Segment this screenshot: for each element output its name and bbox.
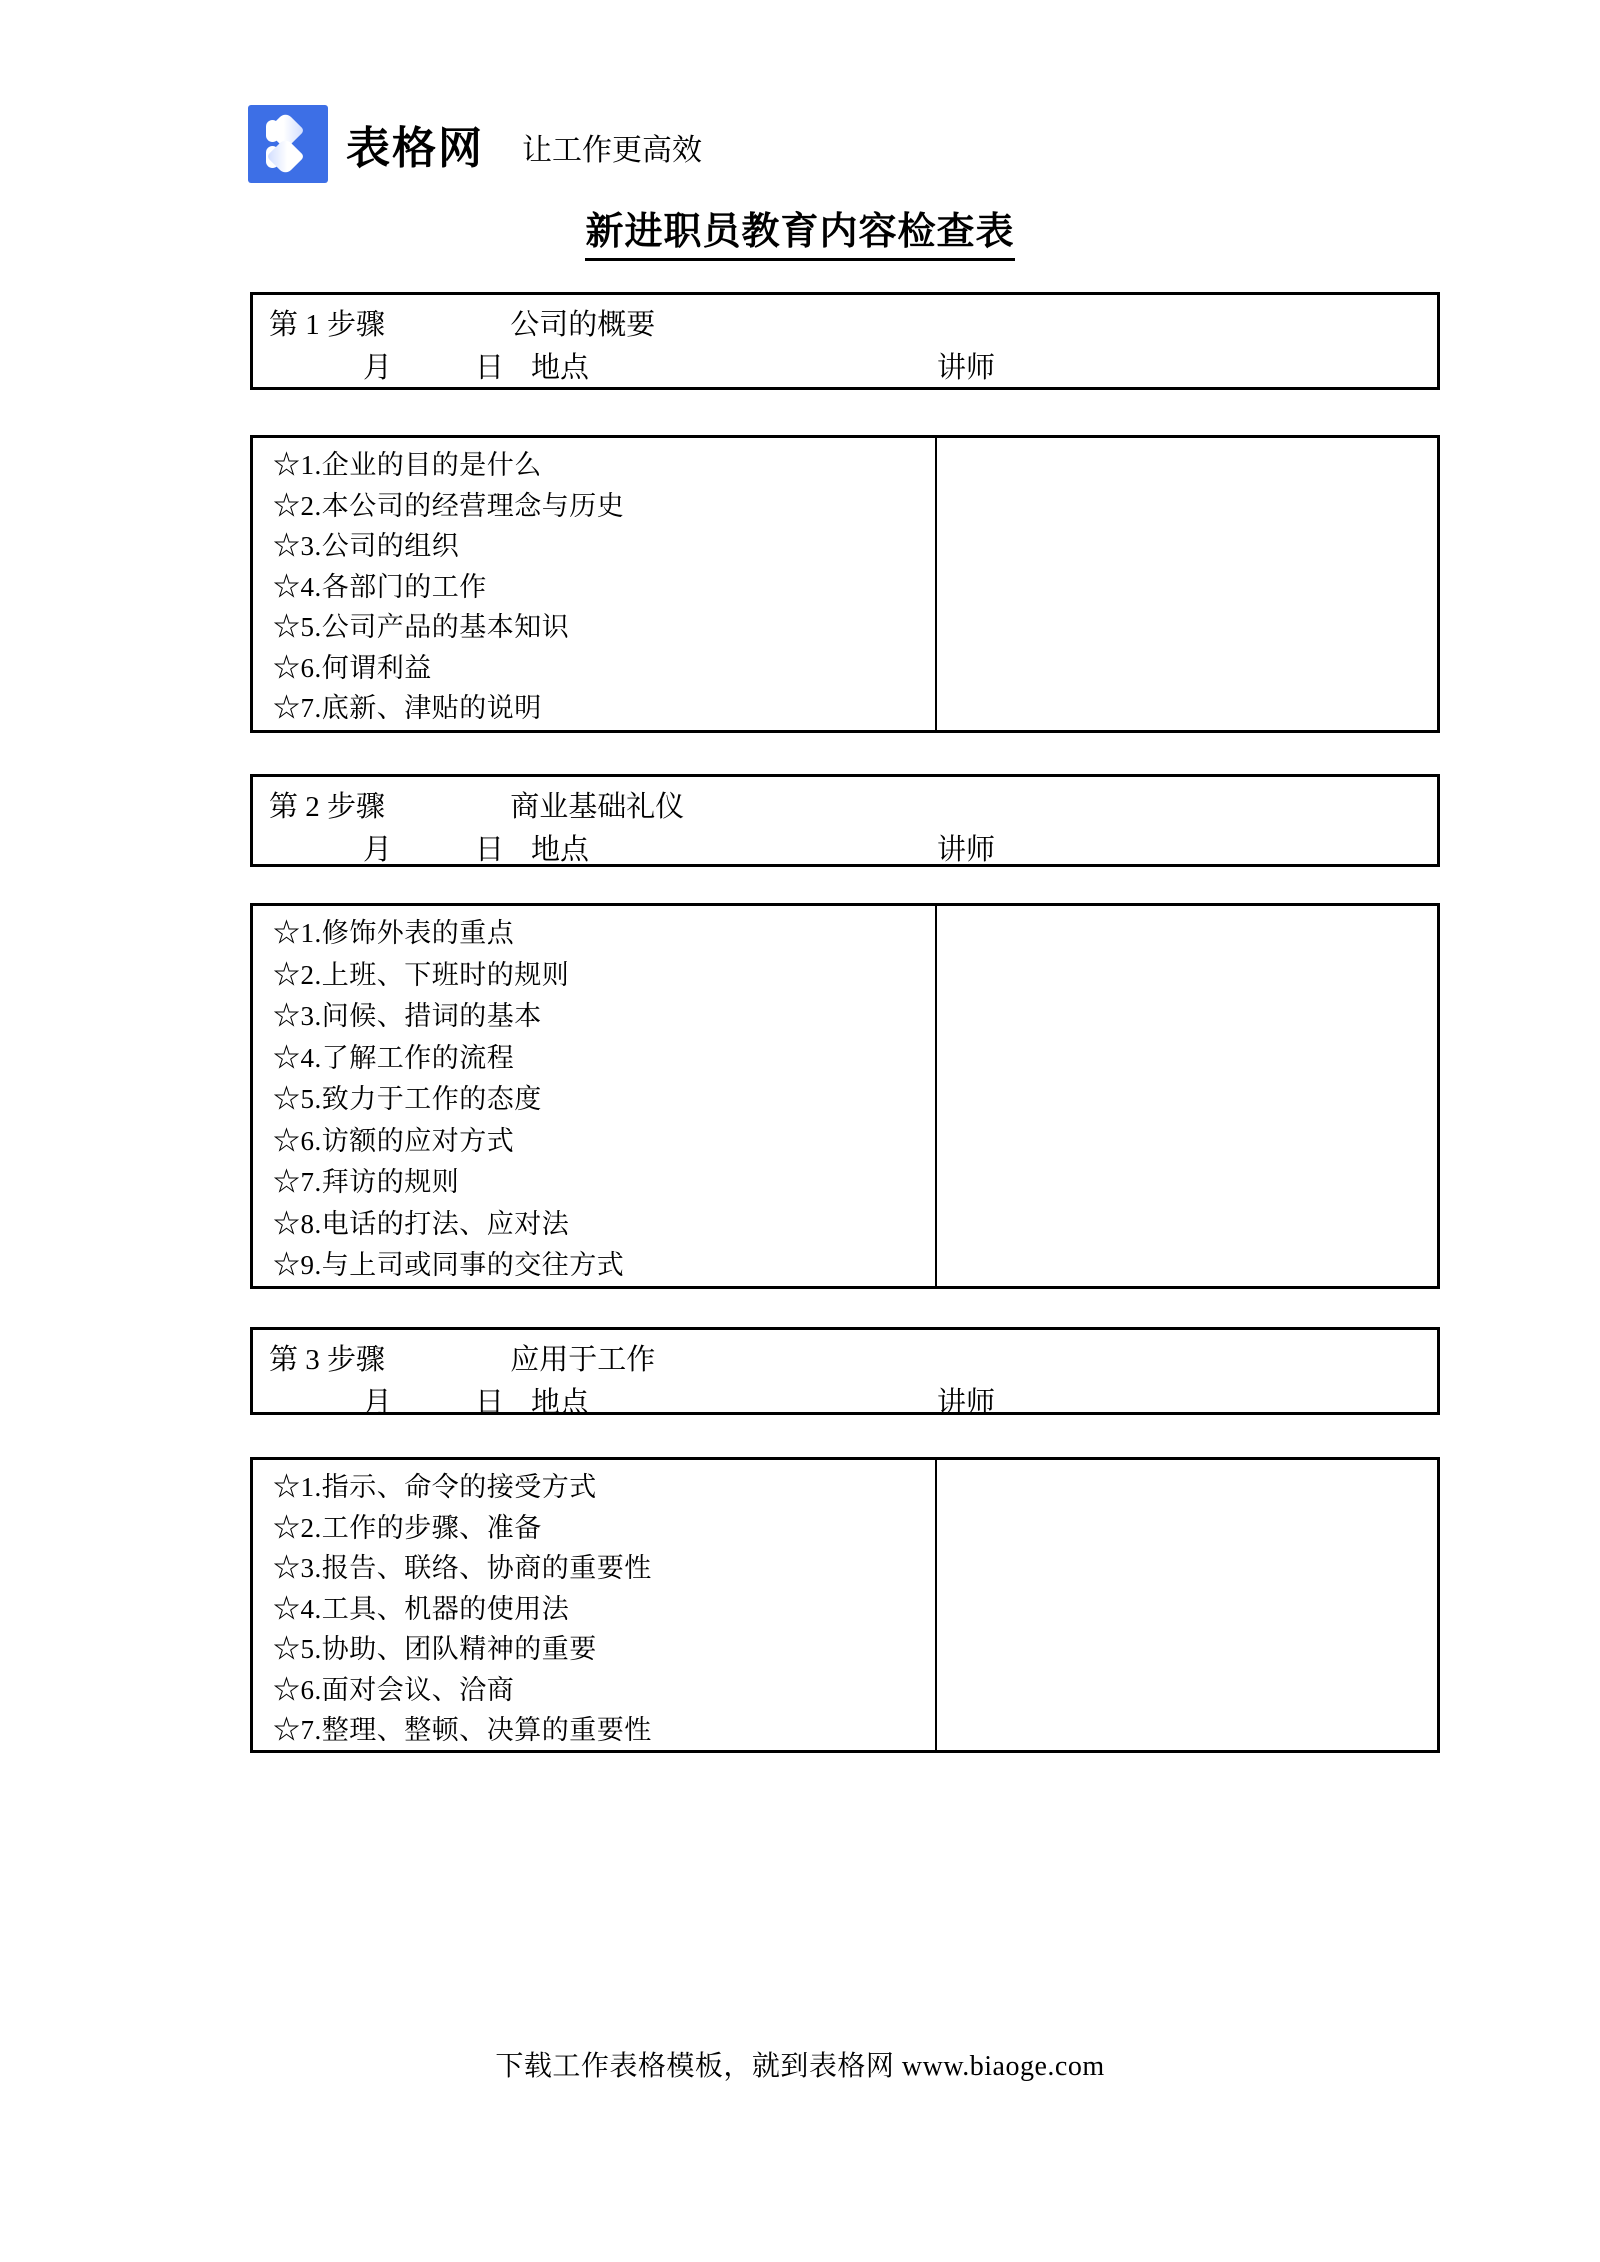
footer-text: 下载工作表格模板，就到表格网 www.biaoge.com (495, 2051, 1104, 2082)
day-label: 日 (475, 1382, 504, 1424)
day-label: 日 (475, 347, 504, 389)
checklist-item: ☆1.企业的目的是什么 (273, 445, 935, 486)
month-label: 月 (363, 1382, 392, 1424)
checklist-item: ☆4.了解工作的流程 (273, 1038, 935, 1080)
step2-title: 商业基础礼仪 (510, 791, 684, 823)
checklist-item: ☆7.底新、津贴的说明 (273, 688, 935, 729)
brand-tagline: 让工作更高效 (522, 125, 702, 169)
lecturer-label: 讲师 (937, 829, 995, 871)
checklist-item: ☆3.报告、联络、协商的重要性 (273, 1548, 935, 1589)
step2-header: 第 2 步骤 商业基础礼仪 月 日 地点 讲师 (250, 774, 1440, 867)
step3-notes-column (935, 1460, 1437, 1750)
step2-items-column: ☆1.修饰外表的重点 ☆2.上班、下班时的规则 ☆3.问候、措词的基本 ☆4.了… (253, 906, 935, 1286)
step3-label: 第 3 步骤 (269, 1344, 385, 1376)
lecturer-label: 讲师 (937, 347, 995, 389)
step2-notes-column (935, 906, 1437, 1286)
step2-label: 第 2 步骤 (269, 791, 385, 823)
checklist-item: ☆5.协助、团队精神的重要 (273, 1629, 935, 1670)
checklist-item: ☆3.公司的组织 (273, 526, 935, 567)
step1-items-column: ☆1.企业的目的是什么 ☆2.本公司的经营理念与历史 ☆3.公司的组织 ☆4.各… (253, 438, 935, 730)
logo-diamond-glyph (264, 116, 312, 172)
page-title: 新进职员教育内容检查表 (585, 200, 1014, 261)
step1-header: 第 1 步骤 公司的概要 月 日 地点 讲师 (250, 292, 1440, 390)
checklist-item: ☆2.工作的步骤、准备 (273, 1508, 935, 1549)
checklist-item: ☆5.公司产品的基本知识 (273, 607, 935, 648)
step1-notes-column (935, 438, 1437, 730)
brand-header: 表格网 让工作更高效 (248, 105, 702, 183)
month-label: 月 (363, 829, 392, 871)
step3-header: 第 3 步骤 应用于工作 月 日 地点 讲师 (250, 1327, 1440, 1415)
checklist-item: ☆6.何谓利益 (273, 648, 935, 689)
day-label: 日 (475, 829, 504, 871)
step3-title: 应用于工作 (510, 1344, 655, 1376)
page-footer: 下载工作表格模板，就到表格网 www.biaoge.com (0, 2044, 1600, 2084)
lecturer-label: 讲师 (937, 1382, 995, 1424)
checklist-item: ☆1.指示、命令的接受方式 (273, 1467, 935, 1508)
step1-title: 公司的概要 (510, 309, 655, 341)
checklist-item: ☆5.致力于工作的态度 (273, 1079, 935, 1121)
checklist-item: ☆6.面对会议、洽商 (273, 1670, 935, 1711)
checklist-item: ☆8.电话的打法、应对法 (273, 1204, 935, 1246)
step1-label: 第 1 步骤 (269, 309, 385, 341)
checklist-item: ☆7.拜访的规则 (273, 1162, 935, 1204)
step2-checklist-table: ☆1.修饰外表的重点 ☆2.上班、下班时的规则 ☆3.问候、措词的基本 ☆4.了… (250, 903, 1440, 1289)
step1-checklist-table: ☆1.企业的目的是什么 ☆2.本公司的经营理念与历史 ☆3.公司的组织 ☆4.各… (250, 435, 1440, 733)
brand-name: 表格网 (346, 112, 484, 176)
checklist-item: ☆2.上班、下班时的规则 (273, 955, 935, 997)
checklist-item: ☆4.工具、机器的使用法 (273, 1589, 935, 1630)
checklist-item: ☆1.修饰外表的重点 (273, 913, 935, 955)
checklist-item: ☆7.整理、整顿、决算的重要性 (273, 1710, 935, 1751)
checklist-item: ☆2.本公司的经营理念与历史 (273, 486, 935, 527)
step3-checklist-table: ☆1.指示、命令的接受方式 ☆2.工作的步骤、准备 ☆3.报告、联络、协商的重要… (250, 1457, 1440, 1753)
checklist-item: ☆6.访额的应对方式 (273, 1121, 935, 1163)
checklist-item: ☆4.各部门的工作 (273, 567, 935, 608)
step3-items-column: ☆1.指示、命令的接受方式 ☆2.工作的步骤、准备 ☆3.报告、联络、协商的重要… (253, 1460, 935, 1750)
place-label: 地点 (531, 1382, 589, 1424)
checklist-item: ☆3.问候、措词的基本 (273, 996, 935, 1038)
place-label: 地点 (531, 347, 589, 389)
place-label: 地点 (531, 829, 589, 871)
month-label: 月 (363, 347, 392, 389)
checklist-item: ☆9.与上司或同事的交往方式 (273, 1245, 935, 1287)
biaoge-logo-icon (248, 105, 328, 183)
